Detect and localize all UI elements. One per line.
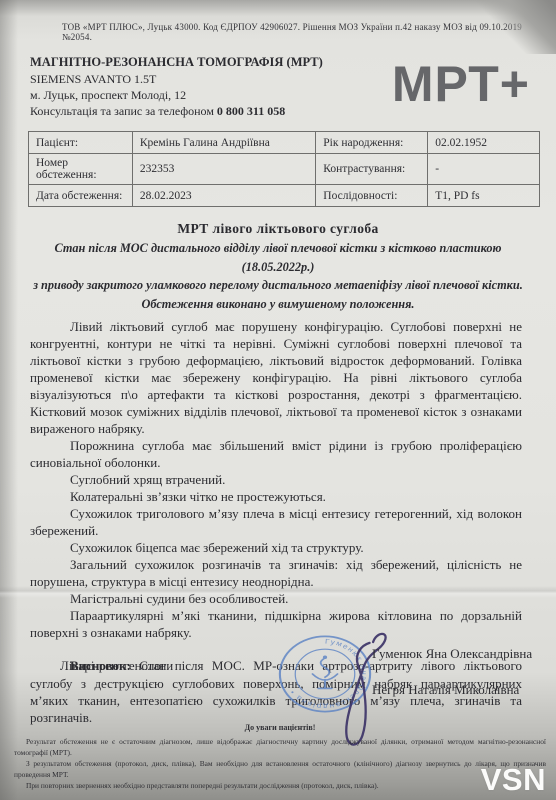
finding-paragraph: Лівий ліктьовий суглоб має порушену конф… <box>30 318 522 437</box>
finding-paragraph: Загальний сухожилок розгиначів та згинач… <box>30 556 522 590</box>
phone-number: 0 800 311 058 <box>217 104 285 118</box>
field-label: Послідовності: <box>316 185 428 207</box>
scanner-model: SIEMENS AVANTO 1.5T <box>30 71 323 87</box>
clinic-logo: МРТ+ <box>392 62 530 119</box>
notice-item: При повторних зверненнях необхідно предс… <box>14 780 546 791</box>
doctor-name: Гуменюк Яна Олександрівна <box>372 646 532 662</box>
field-label: Номер обстеження: <box>29 154 133 185</box>
phone-line: Консультація та запис за телефоном 0 800… <box>30 103 323 119</box>
finding-paragraph: Порожнина суглоба має збільшений вміст р… <box>30 437 522 471</box>
document-photo: ТОВ «МРТ ПЛЮС», Луцьк 43000. Код ЄДРПОУ … <box>0 0 556 800</box>
patient-notice: До уваги пацієнтів! Результат обстеження… <box>0 722 556 792</box>
field-label: Пацієнт: <box>29 132 133 154</box>
report-subtitle: Стан після МОС дистального відділу лівої… <box>0 239 556 313</box>
doctor-name: Негря Наталія Миколаївна <box>372 682 519 698</box>
clinic-info: МАГНІТНО-РЕЗОНАНСНА ТОМОГРАФІЯ (МРТ) SIE… <box>30 54 323 119</box>
notice-body: Результат обстеження не є остаточним діа… <box>14 736 546 792</box>
notice-item: З результатом обстеження (протокол, диск… <box>14 758 546 780</box>
phone-label: Консультація та запис за телефоном <box>30 104 217 118</box>
mri-report-page: ТОВ «МРТ ПЛЮС», Луцьк 43000. Код ЄДРПОУ … <box>0 0 556 800</box>
report-title: МРТ лівого ліктьового суглоба <box>0 221 556 237</box>
finding-paragraph: Сухожилок біцепса має збережений хід та … <box>30 539 522 556</box>
finding-paragraph: Сухожилок триголового м’язу плеча в місц… <box>30 505 522 539</box>
field-value: T1, PD fs <box>428 185 540 207</box>
field-value: 28.02.2023 <box>132 185 315 207</box>
field-value: 02.02.1952 <box>428 132 540 154</box>
registration-line: ТОВ «МРТ ПЛЮС», Луцьк 43000. Код ЄДРПОУ … <box>0 0 556 42</box>
subtitle-line: з приводу закритого уламкового перелому … <box>24 276 532 294</box>
report-findings: Лівий ліктьовий суглоб має порушену конф… <box>30 318 522 641</box>
table-row: Дата обстеження: 28.02.2023 Послідовност… <box>29 185 540 207</box>
vsn-watermark: VSN <box>481 762 546 798</box>
clinic-name: МАГНІТНО-РЕЗОНАНСНА ТОМОГРАФІЯ (МРТ) <box>30 54 323 71</box>
field-value: Кремінь Галина Андріївна <box>132 132 315 154</box>
finding-paragraph: Колатеральні зв’язки чітко не простежуют… <box>30 488 522 505</box>
notice-item: Результат обстеження не є остаточним діа… <box>14 736 546 758</box>
table-row: Пацієнт: Кремінь Галина Андріївна Рік на… <box>29 132 540 154</box>
field-label: Контрастування: <box>316 154 428 185</box>
patient-info-table: Пацієнт: Кремінь Галина Андріївна Рік на… <box>28 131 540 207</box>
clinic-header: МАГНІТНО-РЕЗОНАНСНА ТОМОГРАФІЯ (МРТ) SIE… <box>30 54 530 119</box>
field-label: Рік народження: <box>316 132 428 154</box>
doctors-role-label: Лікарі-рентгенологи <box>60 658 173 674</box>
field-value: - <box>428 154 540 185</box>
finding-paragraph: Суглобний хрящ втрачений. <box>30 471 522 488</box>
finding-paragraph: Магістральні судини без особливостей. <box>30 590 522 607</box>
clinic-address: м. Луцьк, проспект Молоді, 12 <box>30 87 323 103</box>
subtitle-line: Обстеження виконано у вимушеному положен… <box>24 295 532 313</box>
table-row: Номер обстеження: 232353 Контрастування:… <box>29 154 540 185</box>
field-label: Дата обстеження: <box>29 185 133 207</box>
field-value: 232353 <box>132 154 315 185</box>
notice-title: До уваги пацієнтів! <box>14 722 546 734</box>
subtitle-line: Стан після МОС дистального відділу лівої… <box>24 239 532 276</box>
